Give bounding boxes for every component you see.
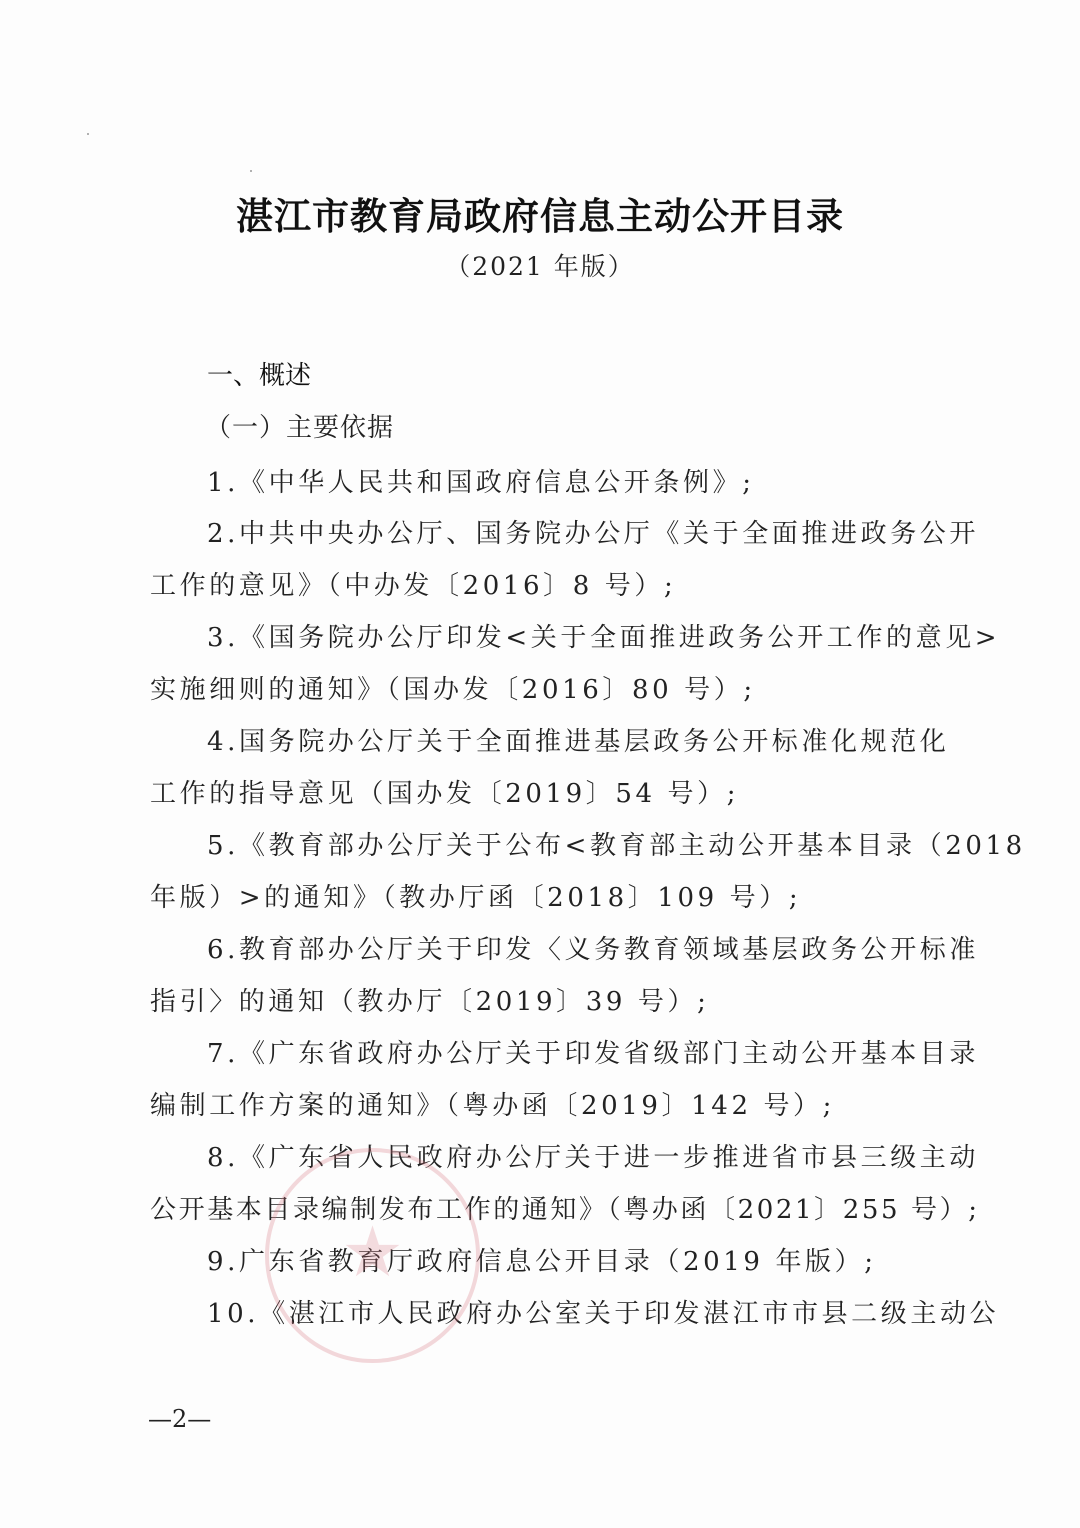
basis-item-4-line-1: 4.国务院办公厅关于全面推进基层政务公开标准化规范化 bbox=[207, 721, 949, 758]
basis-item-5-line-2: 年版）>的通知》（教办厅函〔2018〕109 号）; bbox=[150, 877, 801, 914]
basis-item-1: 1.《中华人民共和国政府信息公开条例》; bbox=[207, 462, 755, 499]
basis-item-8-line-2: 公开基本目录编制发布工作的通知》（粤办函〔2021〕255 号）; bbox=[150, 1189, 980, 1226]
basis-item-5-line-1: 5.《教育部办公厅关于公布<教育部主动公开基本目录（2018 bbox=[207, 825, 1026, 862]
document-title: 湛江市教育局政府信息主动公开目录 bbox=[0, 186, 1080, 240]
basis-item-8-line-1: 8.《广东省人民政府办公厅关于进一步推进省市县三级主动 bbox=[207, 1137, 979, 1174]
basis-item-2-line-2: 工作的意见》（中办发〔2016〕8 号）; bbox=[150, 565, 676, 602]
basis-item-6-line-2: 指引〉的通知（教办厅〔2019〕39 号）; bbox=[150, 981, 709, 1018]
basis-item-9: 9.广东省教育厅政府信息公开目录（2019 年版）; bbox=[207, 1241, 877, 1278]
document-page: 湛江市教育局政府信息主动公开目录 （2021 年版） 一、概述 （一）主要依据 … bbox=[0, 0, 1080, 1528]
document-subtitle: （2021 年版） bbox=[0, 247, 1080, 283]
page-number: —2— bbox=[148, 1405, 211, 1433]
basis-item-6-line-1: 6.教育部办公厅关于印发〈义务教育领域基层政务公开标准 bbox=[207, 929, 979, 966]
scan-artifact bbox=[250, 170, 252, 172]
basis-item-4-line-2: 工作的指导意见（国办发〔2019〕54 号）; bbox=[150, 773, 739, 810]
basis-item-7-line-2: 编制工作方案的通知》（粤办函〔2019〕142 号）; bbox=[150, 1085, 835, 1122]
scan-artifact bbox=[87, 133, 89, 135]
subsection-heading-basis: （一）主要依据 bbox=[205, 407, 394, 444]
basis-item-10-line-1: 10.《湛江市人民政府办公室关于印发湛江市市县二级主动公 bbox=[207, 1293, 999, 1330]
basis-item-3-line-1: 3.《国务院办公厅印发<关于全面推进政务公开工作的意见> bbox=[207, 617, 1000, 654]
section-heading-overview: 一、概述 bbox=[207, 355, 311, 392]
basis-item-7-line-1: 7.《广东省政府办公厅关于印发省级部门主动公开基本目录 bbox=[207, 1033, 979, 1070]
basis-item-2-line-1: 2.中共中央办公厅、国务院办公厅《关于全面推进政务公开 bbox=[207, 513, 979, 550]
basis-item-3-line-2: 实施细则的通知》（国办发〔2016〕80 号）; bbox=[150, 669, 756, 706]
